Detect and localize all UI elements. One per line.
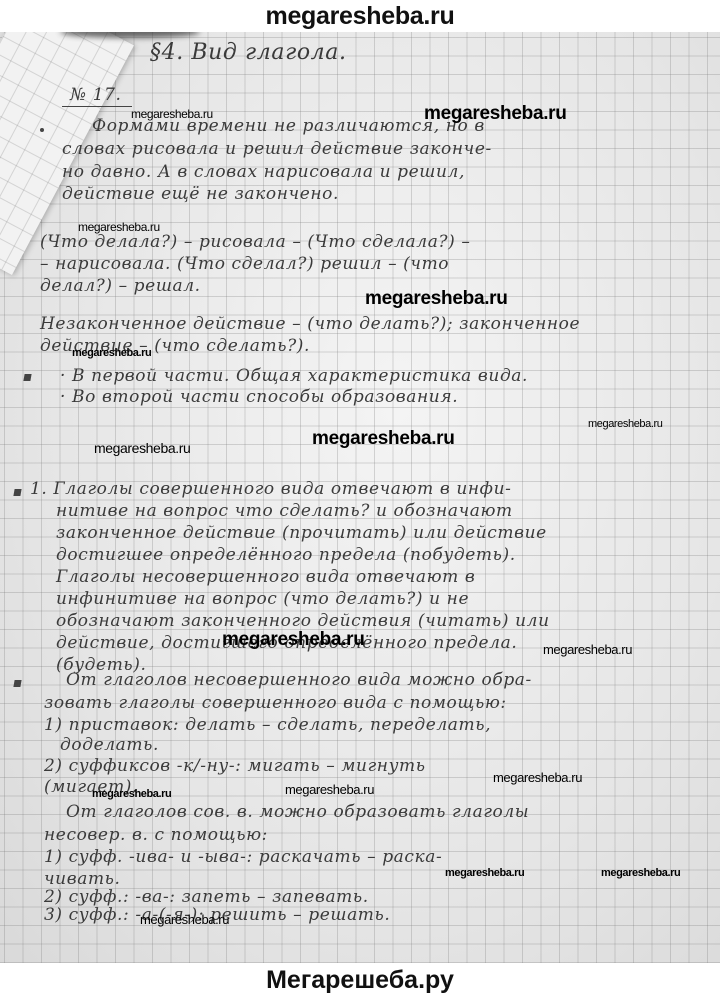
paragraph-heading: §4. Вид глагола. <box>150 40 347 65</box>
block2-line: (Что делала?) – рисовала – (Что сделала?… <box>40 232 470 252</box>
block5-line: инфинитиве на вопрос (что делать?) и не <box>56 589 469 609</box>
block4-line: · В первой части. Общая характеристика в… <box>60 366 528 386</box>
block6-line: От глаголов несовершенного вида можно об… <box>66 670 532 690</box>
block6-line: 2) суффиксов -к/-ну-: мигать – мигнуть <box>44 756 426 776</box>
watermark: megaresheba.ru <box>78 220 160 234</box>
watermark: megaresheba.ru <box>365 288 508 310</box>
block7-line: 1) суфф. -ива- и -ыва-: раскачать – раск… <box>44 847 442 867</box>
notebook-page-photo: §4. Вид глагола. № 17. Формами времени н… <box>0 32 720 963</box>
bullet-dot <box>40 128 44 132</box>
site-footer-title: Мегарешеба.ру <box>0 963 720 997</box>
block1-line: но давно. А в словах нарисовала и решил, <box>62 162 465 182</box>
block6-line: зовать глаголы совершенного вида с помощ… <box>44 693 507 713</box>
block6-line: доделать. <box>60 735 159 755</box>
block7-line: 2) суфф.: -ва-: запеть – запевать. <box>44 887 369 907</box>
block5-line: Глаголы несовершенного вида отвечают в <box>56 567 475 587</box>
block7-line: чивать. <box>44 869 121 889</box>
bullet-square <box>13 489 21 496</box>
block5-line: законченное действие (прочитать) или дей… <box>56 523 547 543</box>
block6-line: 1) приставок: делать – сделать, передела… <box>44 715 491 735</box>
watermark: megaresheba.ru <box>543 642 632 657</box>
watermark: megaresheba.ru <box>445 867 524 879</box>
watermark: megaresheba.ru <box>222 629 365 651</box>
exercise-underline <box>62 106 132 107</box>
watermark: megaresheba.ru <box>94 440 190 456</box>
block7-line: несовер. в. с помощью: <box>44 825 268 845</box>
block3-line: Незаконченное действие – (что делать?); … <box>40 314 580 334</box>
block5-line: обозначают законченного действия (читать… <box>56 611 550 631</box>
watermark: megaresheba.ru <box>312 428 455 450</box>
bullet-square <box>13 680 21 687</box>
block1-line: действие ещё не закончено. <box>62 184 339 204</box>
watermark: megaresheba.ru <box>140 912 229 927</box>
block2-line: делал?) – решал. <box>40 276 201 296</box>
watermark: megaresheba.ru <box>72 347 151 359</box>
watermark: megaresheba.ru <box>92 788 171 800</box>
watermark: megaresheba.ru <box>131 107 213 121</box>
watermark: megaresheba.ru <box>285 782 374 797</box>
block5-line: достигшее определённого предела (побудет… <box>56 545 516 565</box>
block5-line: нитиве на вопрос что сделать? и обознача… <box>56 501 513 521</box>
block2-line: – нарисовала. (Что сделал?) решил – (что <box>40 254 449 274</box>
watermark: megaresheba.ru <box>493 770 582 785</box>
watermark: megaresheba.ru <box>588 418 663 430</box>
exercise-number: № 17. <box>70 85 122 105</box>
site-header-title: megaresheba.ru <box>0 0 720 32</box>
bullet-square <box>23 374 31 381</box>
block1-line: словах рисовала и решил действие законче… <box>62 139 492 159</box>
block7-line: От глаголов сов. в. можно образовать гла… <box>66 802 529 822</box>
block4-line: · Во второй части способы образования. <box>60 387 458 407</box>
watermark: megaresheba.ru <box>424 103 567 125</box>
watermark: megaresheba.ru <box>601 867 680 879</box>
block5-line: 1. Глаголы совершенного вида отвечают в … <box>30 479 511 499</box>
